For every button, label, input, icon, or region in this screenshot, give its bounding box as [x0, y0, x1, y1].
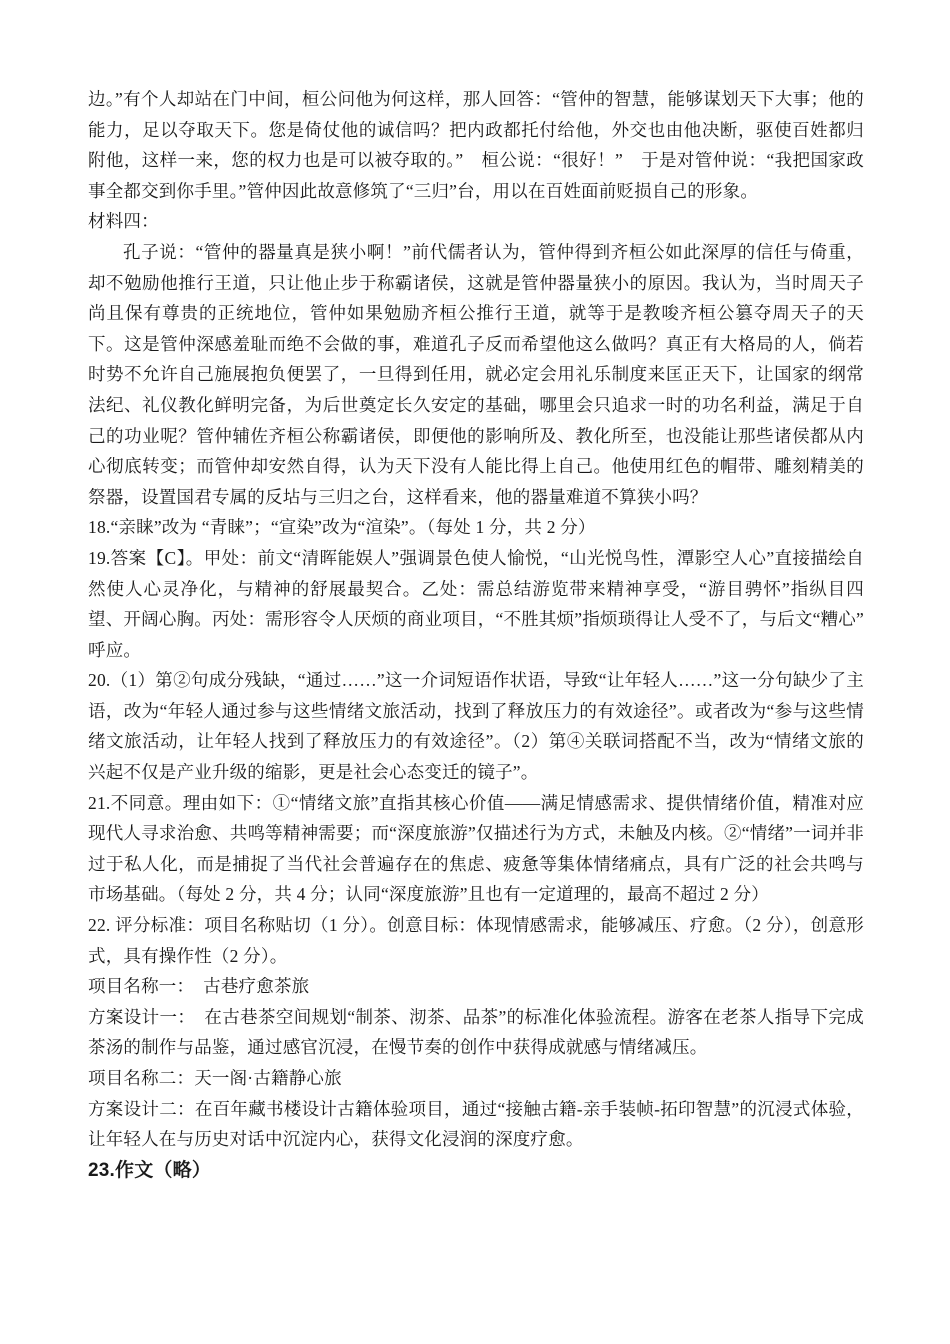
project-name-2: 项目名称二：天一阁·古籍静心旅 — [88, 1063, 864, 1094]
answer-19: 19.答案【C】。甲处：前文“清晖能娱人”强调景色使人愉悦，“山光悦鸟性，潭影空… — [88, 543, 864, 665]
plan-design-1: 方案设计一： 在古巷茶空间规划“制茶、沏茶、品茶”的标准化体验流程。游客在老茶人… — [88, 1002, 864, 1063]
answer-22: 22. 评分标准：项目名称贴切（1 分）。创意目标：体现情感需求，能够减压、疗愈… — [88, 910, 864, 971]
answer-18: 18.“亲睐”改为 “青睐”；“宣染”改为“渲染”。（每处 1 分，共 2 分） — [88, 512, 864, 543]
material-four-passage: 孔子说：“管仲的器量真是狭小啊！”前代儒者认为，管仲得到齐桓公如此深厚的信任与倚… — [88, 237, 864, 512]
page-text-block: 边。”有个人却站在门中间，桓公问他为何这样，那人回答：“管仲的智慧，能够谋划天下… — [88, 84, 864, 1186]
plan-design-2: 方案设计二：在百年藏书楼设计古籍体验项目，通过“接触古籍-亲手装帧-拓印智慧”的… — [88, 1094, 864, 1155]
answer-21: 21.不同意。理由如下：①“情绪文旅”直指其核心价值——满足情感需求、提供情绪价… — [88, 788, 864, 910]
material-four-heading: 材料四： — [88, 206, 864, 237]
answer-20: 20.（1）第②句成分残缺，“通过……”这一介词短语作状语，导致“让年轻人……”… — [88, 665, 864, 787]
answer-sheet-page: 边。”有个人却站在门中间，桓公问他为何这样，那人回答：“管仲的智慧，能够谋划天下… — [0, 0, 950, 1344]
answer-23: 23.作文（略） — [88, 1155, 864, 1186]
passage-translation-continuation: 边。”有个人却站在门中间，桓公问他为何这样，那人回答：“管仲的智慧，能够谋划天下… — [88, 84, 864, 206]
project-name-1: 项目名称一： 古巷疗愈茶旅 — [88, 971, 864, 1002]
